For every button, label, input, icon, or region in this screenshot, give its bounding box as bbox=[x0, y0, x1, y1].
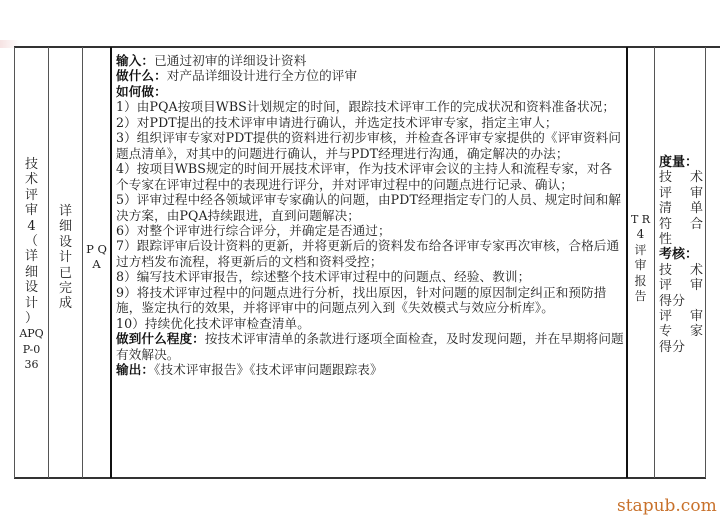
table-bottom-border bbox=[14, 477, 706, 479]
step-item: 7）跟踪评审后设计资料的更新，并将更新后的资料发布给各评审专家再次审核，合格后通… bbox=[116, 238, 624, 269]
stage-char: 4 bbox=[15, 219, 48, 234]
metric-char: 评 bbox=[659, 309, 672, 324]
metric-char: 得分 bbox=[659, 294, 685, 309]
output-char: 告 bbox=[627, 289, 654, 304]
metric-char: 评 bbox=[659, 186, 672, 201]
measure-row: 性 bbox=[659, 232, 703, 247]
step-item: 4）按项目WBS规定的时间开展技术评审，作为技术评审会议的主持人和流程专家，对各… bbox=[116, 161, 624, 192]
what-line: 做什么：对产品详细设计进行全方位的评审 bbox=[116, 68, 624, 83]
table-top-border bbox=[14, 46, 720, 48]
role-text: A bbox=[83, 257, 110, 272]
assess-row: 评审 bbox=[659, 278, 703, 293]
metric-char: 审 bbox=[690, 309, 703, 324]
activity-description-cell: 输入：已通过初审的详细设计资料 做什么：对产品详细设计进行全方位的评审 如何做：… bbox=[116, 53, 624, 378]
entry-char: 细 bbox=[49, 219, 82, 234]
measure-row: 技术 bbox=[659, 170, 703, 185]
assess-row: 专家 bbox=[659, 324, 703, 339]
stage-char: 术 bbox=[15, 172, 48, 187]
metric-char: 技 bbox=[659, 170, 672, 185]
watermark: stapub.com bbox=[617, 496, 717, 516]
metric-char: 审 bbox=[690, 186, 703, 201]
entry-char: 详 bbox=[49, 204, 82, 219]
output-label: 输出： bbox=[116, 362, 154, 377]
role-text: P Q bbox=[83, 242, 110, 257]
metric-char: 审 bbox=[690, 278, 703, 293]
step-item: 10）持续优化技术评审检查清单。 bbox=[116, 316, 624, 331]
metric-char: 清 bbox=[659, 201, 672, 216]
col-border bbox=[705, 47, 706, 478]
entry-char: 成 bbox=[49, 296, 82, 311]
metric-char: 评 bbox=[659, 278, 672, 293]
output-char: T R bbox=[627, 212, 654, 227]
assess-label: 考核： bbox=[659, 247, 698, 262]
assess-row: 评审 bbox=[659, 309, 703, 324]
stage-char: 36 bbox=[15, 357, 48, 372]
stage-char: 评 bbox=[15, 188, 48, 203]
stage-char: 设 bbox=[15, 280, 48, 295]
stage-char: 细 bbox=[15, 265, 48, 280]
metric-char: 符 bbox=[659, 217, 672, 232]
what-text: 对产品详细设计进行全方位的评审 bbox=[167, 68, 357, 83]
output-char: 报 bbox=[627, 274, 654, 289]
metric-char: 家 bbox=[690, 324, 703, 339]
step-item: 6）对整个评审进行综合评分，并确定是否通过； bbox=[116, 223, 624, 238]
col-border bbox=[654, 47, 655, 478]
measure-row: 评审 bbox=[659, 186, 703, 201]
metric-char: 单 bbox=[690, 201, 703, 216]
entry-char: 完 bbox=[49, 281, 82, 296]
stage-char: APQ bbox=[15, 326, 48, 341]
how-line: 如何做： bbox=[116, 84, 624, 99]
metric-char: 术 bbox=[690, 170, 703, 185]
output-char: 审 bbox=[627, 258, 654, 273]
degree-label: 做到什么程度： bbox=[116, 331, 205, 346]
output-document-cell: T R 4 评 审 报 告 bbox=[627, 212, 654, 304]
metric-char: 技 bbox=[659, 263, 672, 278]
stage-char: 详 bbox=[15, 249, 48, 264]
stage-char: 技 bbox=[15, 157, 48, 172]
step-item: 2）对PDT提出的技术评审申请进行确认，并选定技术评审专家，指定主审人； bbox=[116, 115, 624, 130]
input-line: 输入：已通过初审的详细设计资料 bbox=[116, 53, 624, 68]
measure-row: 符合 bbox=[659, 217, 703, 232]
stage-char: 审 bbox=[15, 203, 48, 218]
stage-char: P-0 bbox=[15, 342, 48, 357]
step-item: 3）组织评审专家对PDT提供的资料进行初步审核，并检查各评审专家提供的《评审资料… bbox=[116, 130, 624, 161]
input-label: 输入： bbox=[116, 53, 154, 68]
measure-label: 度量： bbox=[659, 155, 698, 170]
entry-char: 计 bbox=[49, 250, 82, 265]
stage-cell: 技 术 评 审 4 （ 详 细 设 计 ） APQ P-0 36 bbox=[15, 157, 48, 373]
input-text: 已通过初审的详细设计资料 bbox=[154, 53, 306, 68]
output-line: 输出：《技术评审报告》《技术评审问题跟踪表》 bbox=[116, 362, 624, 377]
assess-label-row: 考核： bbox=[659, 247, 703, 262]
entry-condition-cell: 详 细 设 计 已 完 成 bbox=[49, 204, 82, 312]
col-border bbox=[110, 47, 112, 478]
measure-label-row: 度量： bbox=[659, 155, 703, 170]
what-label: 做什么： bbox=[116, 68, 167, 83]
metric-char: 术 bbox=[690, 263, 703, 278]
output-text: 《技术评审报告》《技术评审问题跟踪表》 bbox=[154, 362, 383, 377]
stage-char: （ bbox=[15, 234, 48, 249]
degree-line: 做到什么程度：按技术评审清单的条款进行逐项全面检查，及时发现问题，并在早期将问题… bbox=[116, 331, 624, 362]
entry-char: 设 bbox=[49, 235, 82, 250]
metrics-cell: 度量： 技术 评审 清单 符合 性 考核： 技术 评审 得分 评审 专家 得分 bbox=[659, 155, 703, 355]
step-item: 9）将技术评审过程中的问题点进行分析，找出原因，针对问题的原因制定纠正和预防措施… bbox=[116, 285, 624, 316]
step-item: 8）编写技术评审报告，综述整个技术评审过程中的问题点、经验、教训； bbox=[116, 269, 624, 284]
assess-row: 得分 bbox=[659, 340, 703, 355]
assess-row: 技术 bbox=[659, 263, 703, 278]
step-item: 1）由PQA按项目WBS计划规定的时间，跟踪技术评审工作的完成状况和资料准备状况… bbox=[116, 99, 624, 114]
role-cell: P Q A bbox=[83, 242, 110, 273]
metric-char: 专 bbox=[659, 324, 672, 339]
metric-char: 合 bbox=[690, 217, 703, 232]
how-label: 如何做： bbox=[116, 84, 167, 99]
stage-char: 计 bbox=[15, 296, 48, 311]
assess-row: 得分 bbox=[659, 294, 703, 309]
entry-char: 已 bbox=[49, 266, 82, 281]
measure-row: 清单 bbox=[659, 201, 703, 216]
metric-char: 性 bbox=[659, 232, 672, 247]
output-char: 4 bbox=[627, 227, 654, 242]
output-char: 评 bbox=[627, 243, 654, 258]
metric-char: 得分 bbox=[659, 340, 685, 355]
stage-char: ） bbox=[15, 311, 48, 326]
step-item: 5）评审过程中经各领域评审专家确认的问题，由PDT经理指定专门的人员、规定时间和… bbox=[116, 192, 624, 223]
